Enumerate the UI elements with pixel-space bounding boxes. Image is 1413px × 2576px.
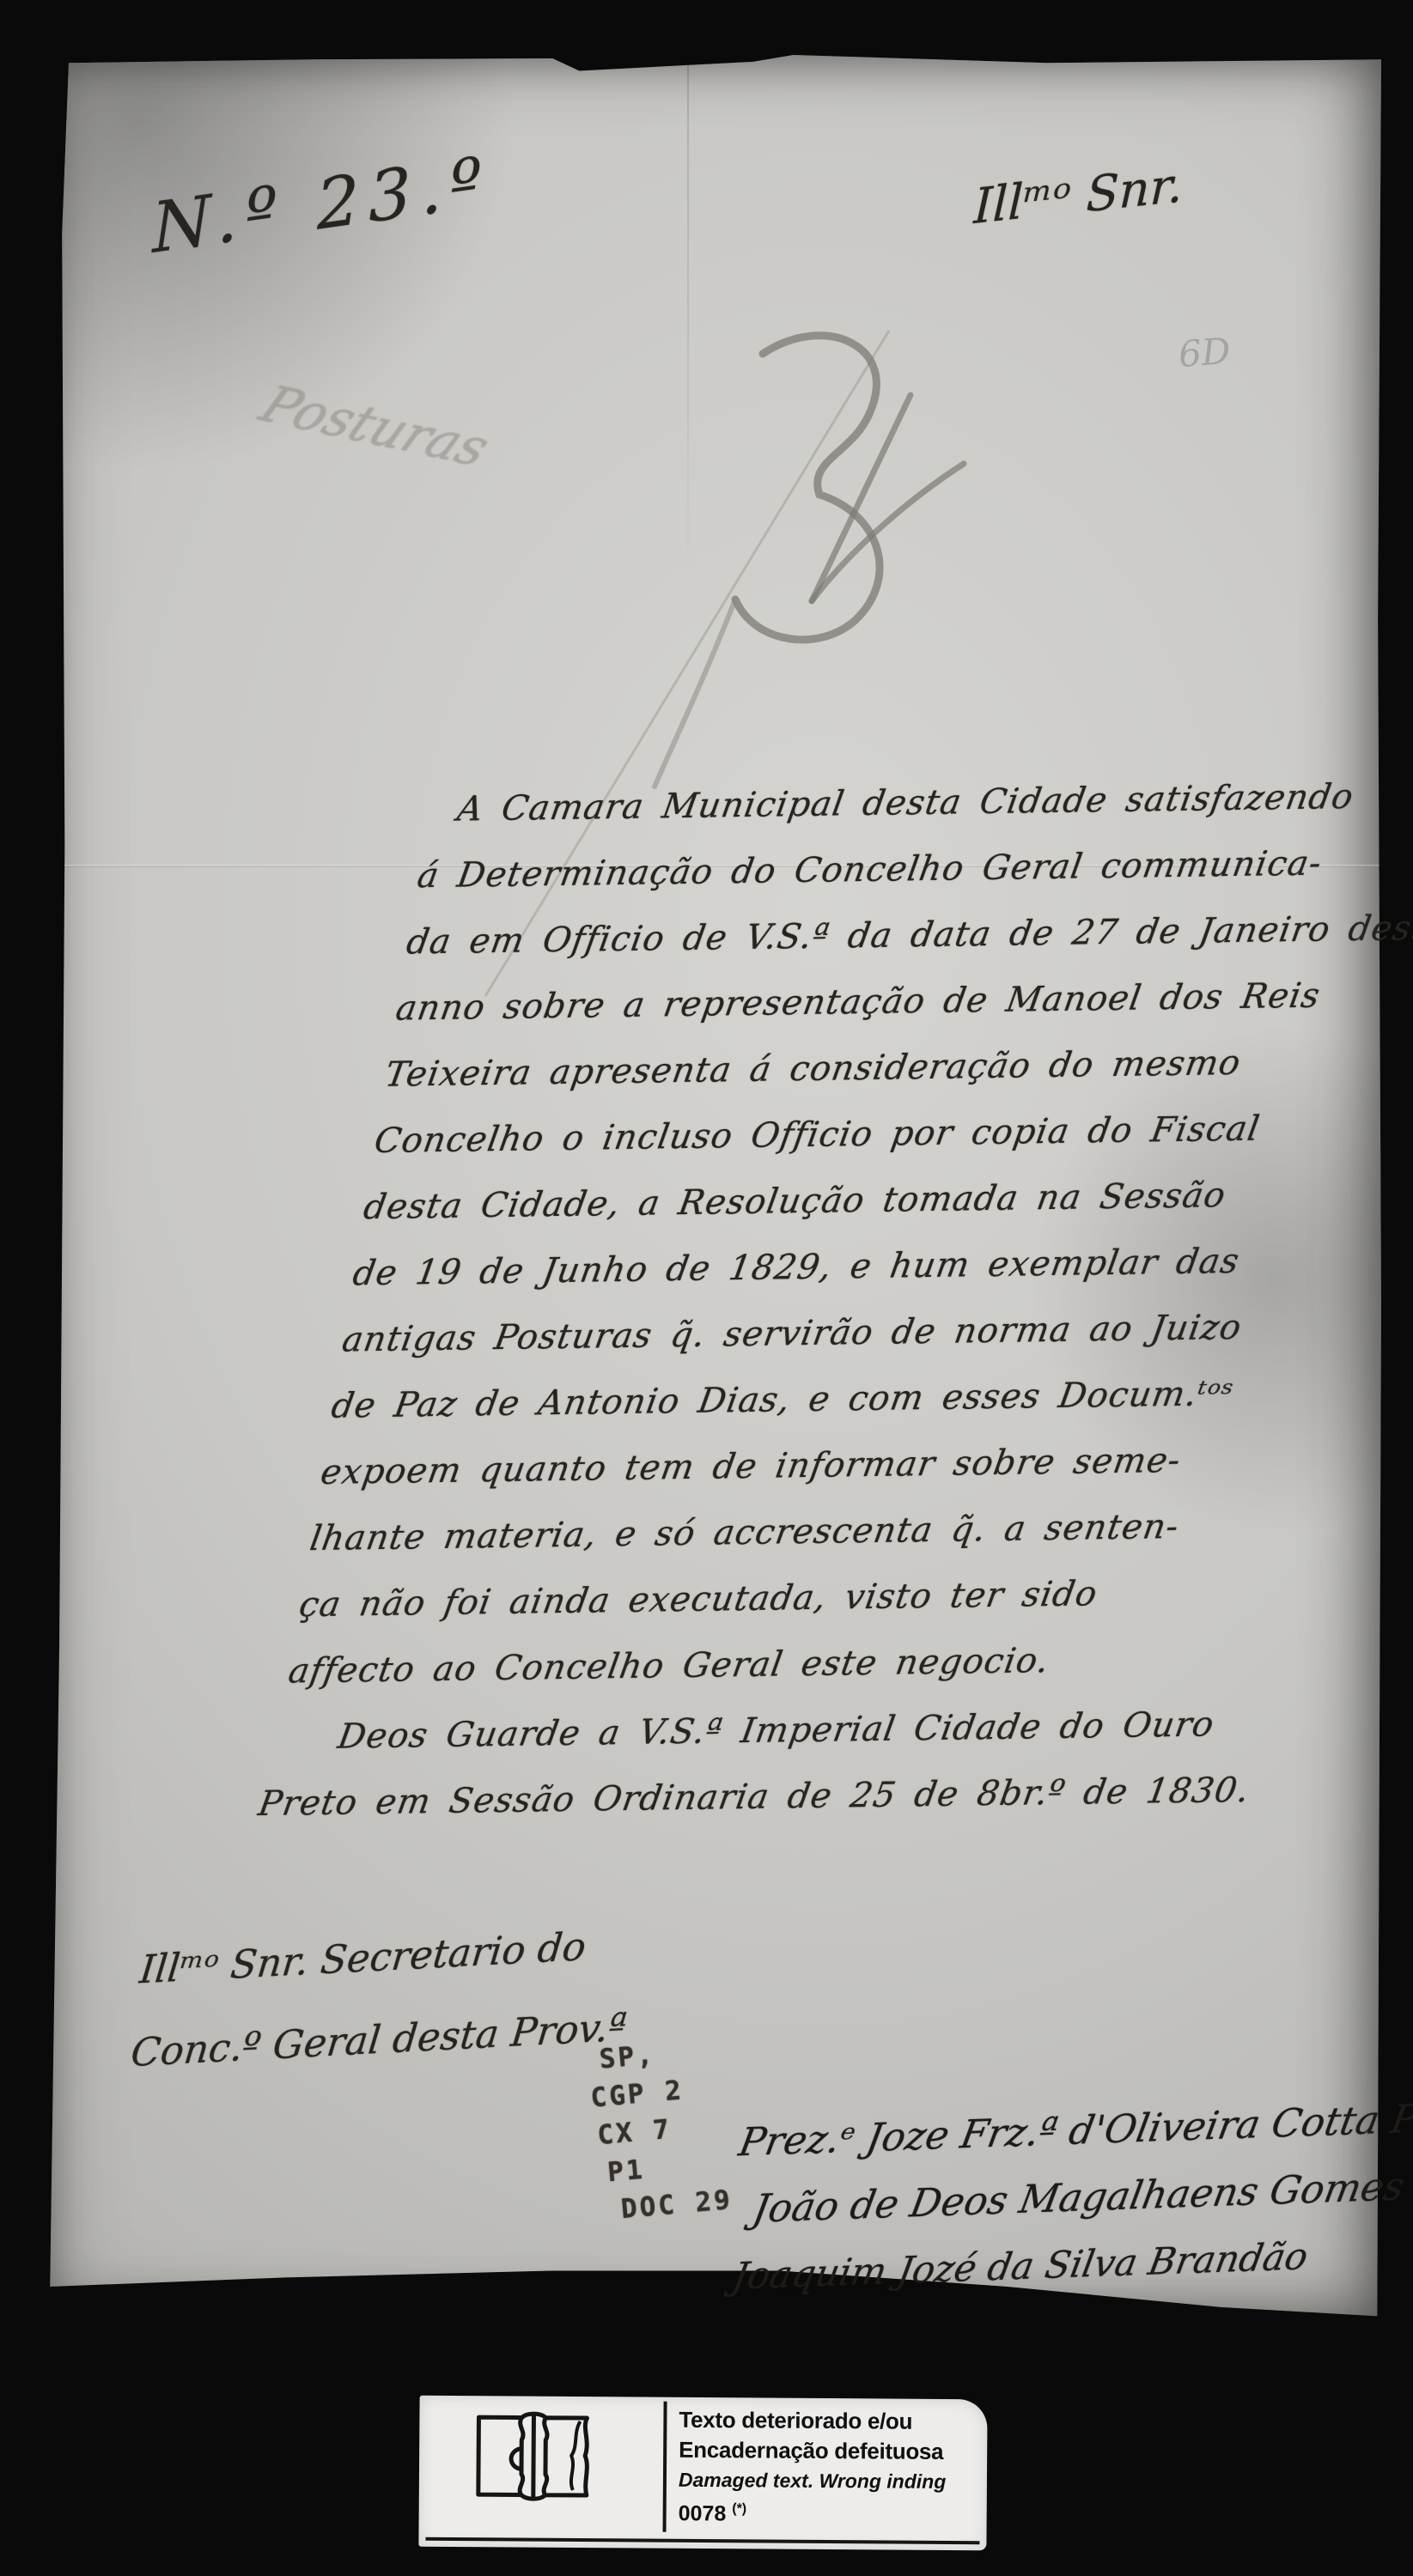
stamp-code-line: 0078 (*) [679,2494,978,2530]
signature-block: Prez.ᵉ Joze Frz.ª d'Oliveira Cotta Ponte… [710,2081,1413,2311]
stamp-line-pt-1: Texto deteriorado e/ou [679,2405,978,2437]
stamp-text: Texto deteriorado e/ou Encadernação defe… [679,2405,979,2530]
archive-reference: SP, CGP 2 CX 7 P1 DOC 29 [586,2031,734,2231]
pencil-corner-mark: 6D [1177,330,1232,375]
damaged-book-icon [461,2405,605,2506]
scanned-document: N.º 23.º Illᵐᵒ Snr. Posturas 6D A Camara… [0,0,1413,2576]
stamp-line-pt-2: Encadernação defeituosa [679,2435,978,2467]
stamp-code: 0078 [679,2501,727,2525]
stamp-code-sup: (*) [732,2501,746,2516]
stamp-line-en: Damaged text. Wrong inding [679,2465,978,2496]
body-line: lhante materia, e só accrescenta q̃. a s… [305,1492,1277,1572]
letter-body: A Camara Municipal desta Cidade satisfaz… [262,763,1396,1838]
address-block: Illᵐᵒ Snr. Secretario do Conc.º Geral de… [127,1903,640,2095]
damage-stamp-card: Texto deteriorado e/ou Encadernação defe… [418,2396,987,2551]
stamp-divider [663,2402,667,2532]
body-line: Preto em Sessão Ordinaria de 25 de 8br.º… [253,1758,1234,1838]
